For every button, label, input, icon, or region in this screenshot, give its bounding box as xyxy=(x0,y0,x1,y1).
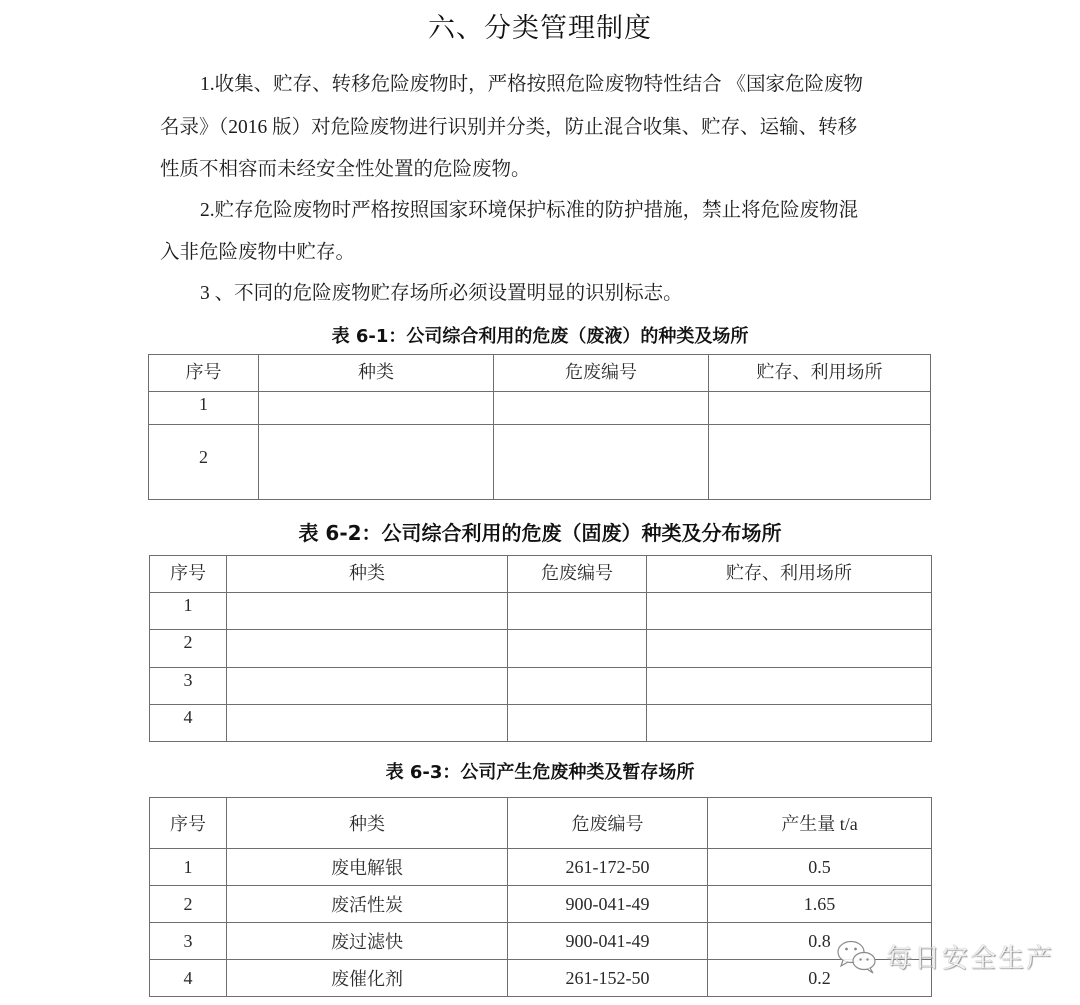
table-6-2: 序号 种类 危废编号 贮存、利用场所 1 2 3 4 xyxy=(149,555,932,742)
table-header-row: 序号 种类 危废编号 贮存、利用场所 xyxy=(150,556,932,593)
cell-index: 2 xyxy=(149,425,259,500)
cell-index: 1 xyxy=(149,392,259,425)
paragraph-3-line-1: 3 、不同的危险废物贮存场所必须设置明显的识别标志。 xyxy=(200,284,683,304)
paragraph-2-line-2: 入非危险废物中贮存。 xyxy=(160,243,355,263)
header-cell-index: 序号 xyxy=(150,798,227,849)
cell-code xyxy=(508,668,647,705)
cell-location xyxy=(647,668,932,705)
cell-type xyxy=(259,425,494,500)
cell-code xyxy=(508,630,647,668)
cell-type xyxy=(227,705,508,742)
table-row: 3 废过滤快 900-041-49 0.8 xyxy=(150,923,932,960)
cell-code: 261-152-50 xyxy=(508,960,708,997)
paragraph-1-line-1: 1.收集、贮存、转移危险废物时，严格按照危险废物特性结合 《国家危险废物 xyxy=(200,75,863,95)
wechat-icon xyxy=(836,939,880,975)
cell-index: 3 xyxy=(150,923,227,960)
cell-amount: 0.5 xyxy=(708,849,932,886)
cell-code xyxy=(508,705,647,742)
table-row: 4 废催化剂 261-152-50 0.2 xyxy=(150,960,932,997)
table-6-1: 序号 种类 危废编号 贮存、利用场所 1 2 xyxy=(148,354,931,500)
table-6-3-caption: 表 6-3：公司产生危废种类及暂存场所 xyxy=(0,758,1080,784)
cell-type: 废活性炭 xyxy=(227,886,508,923)
cell-index: 4 xyxy=(150,705,227,742)
cell-location xyxy=(709,392,931,425)
table-row: 4 xyxy=(150,705,932,742)
cell-code xyxy=(494,425,709,500)
header-cell-code: 危废编号 xyxy=(508,556,647,593)
cell-location xyxy=(709,425,931,500)
table-row: 3 xyxy=(150,668,932,705)
cell-type xyxy=(227,630,508,668)
table-header-row: 序号 种类 危废编号 产生量 t/a xyxy=(150,798,932,849)
header-cell-location: 贮存、利用场所 xyxy=(709,355,931,392)
table-row: 1 xyxy=(149,392,931,425)
header-cell-type: 种类 xyxy=(227,556,508,593)
cell-location xyxy=(647,630,932,668)
watermark: 每日安全生产 xyxy=(836,938,1054,975)
cell-amount: 1.65 xyxy=(708,886,932,923)
cell-index: 2 xyxy=(150,886,227,923)
paragraph-1-line-3: 性质不相容而未经安全性处置的危险废物。 xyxy=(160,160,531,180)
cell-index: 2 xyxy=(150,630,227,668)
header-cell-type: 种类 xyxy=(227,798,508,849)
cell-index: 3 xyxy=(150,668,227,705)
paragraph-2-line-1: 2.贮存危险废物时严格按照国家环境保护标准的防护措施，禁止将危险废物混 xyxy=(200,201,858,221)
table-row: 1 xyxy=(150,593,932,630)
table-6-1-caption: 表 6-1：公司综合利用的危废（废液）的种类及场所 xyxy=(0,322,1080,348)
cell-type xyxy=(227,593,508,630)
cell-code xyxy=(494,392,709,425)
cell-type: 废电解银 xyxy=(227,849,508,886)
table-row: 2 xyxy=(149,425,931,500)
cell-code: 900-041-49 xyxy=(508,923,708,960)
header-cell-code: 危废编号 xyxy=(494,355,709,392)
cell-type: 废过滤快 xyxy=(227,923,508,960)
table-row: 2 xyxy=(150,630,932,668)
cell-location xyxy=(647,705,932,742)
header-cell-code: 危废编号 xyxy=(508,798,708,849)
header-cell-type: 种类 xyxy=(259,355,494,392)
cell-code: 900-041-49 xyxy=(508,886,708,923)
table-row: 2 废活性炭 900-041-49 1.65 xyxy=(150,886,932,923)
cell-type: 废催化剂 xyxy=(227,960,508,997)
watermark-text: 每日安全生产 xyxy=(886,938,1054,975)
table-header-row: 序号 种类 危废编号 贮存、利用场所 xyxy=(149,355,931,392)
cell-location xyxy=(647,593,932,630)
table-row: 1 废电解银 261-172-50 0.5 xyxy=(150,849,932,886)
cell-code xyxy=(508,593,647,630)
cell-type xyxy=(227,668,508,705)
header-cell-amount: 产生量 t/a xyxy=(708,798,932,849)
table-6-2-caption: 表 6-2：公司综合利用的危废（固废）种类及分布场所 xyxy=(0,517,1080,546)
cell-code: 261-172-50 xyxy=(508,849,708,886)
section-heading: 六、分类管理制度 xyxy=(0,6,1080,45)
cell-index: 1 xyxy=(150,849,227,886)
table-6-3: 序号 种类 危废编号 产生量 t/a 1 废电解银 261-172-50 0.5… xyxy=(149,797,932,997)
header-cell-location: 贮存、利用场所 xyxy=(647,556,932,593)
cell-index: 1 xyxy=(150,593,227,630)
header-cell-index: 序号 xyxy=(149,355,259,392)
paragraph-1-line-2: 名录》（2016 版）对危险废物进行识别并分类，防止混合收集、贮存、运输、转移 xyxy=(160,118,857,138)
cell-type xyxy=(259,392,494,425)
header-cell-index: 序号 xyxy=(150,556,227,593)
cell-index: 4 xyxy=(150,960,227,997)
